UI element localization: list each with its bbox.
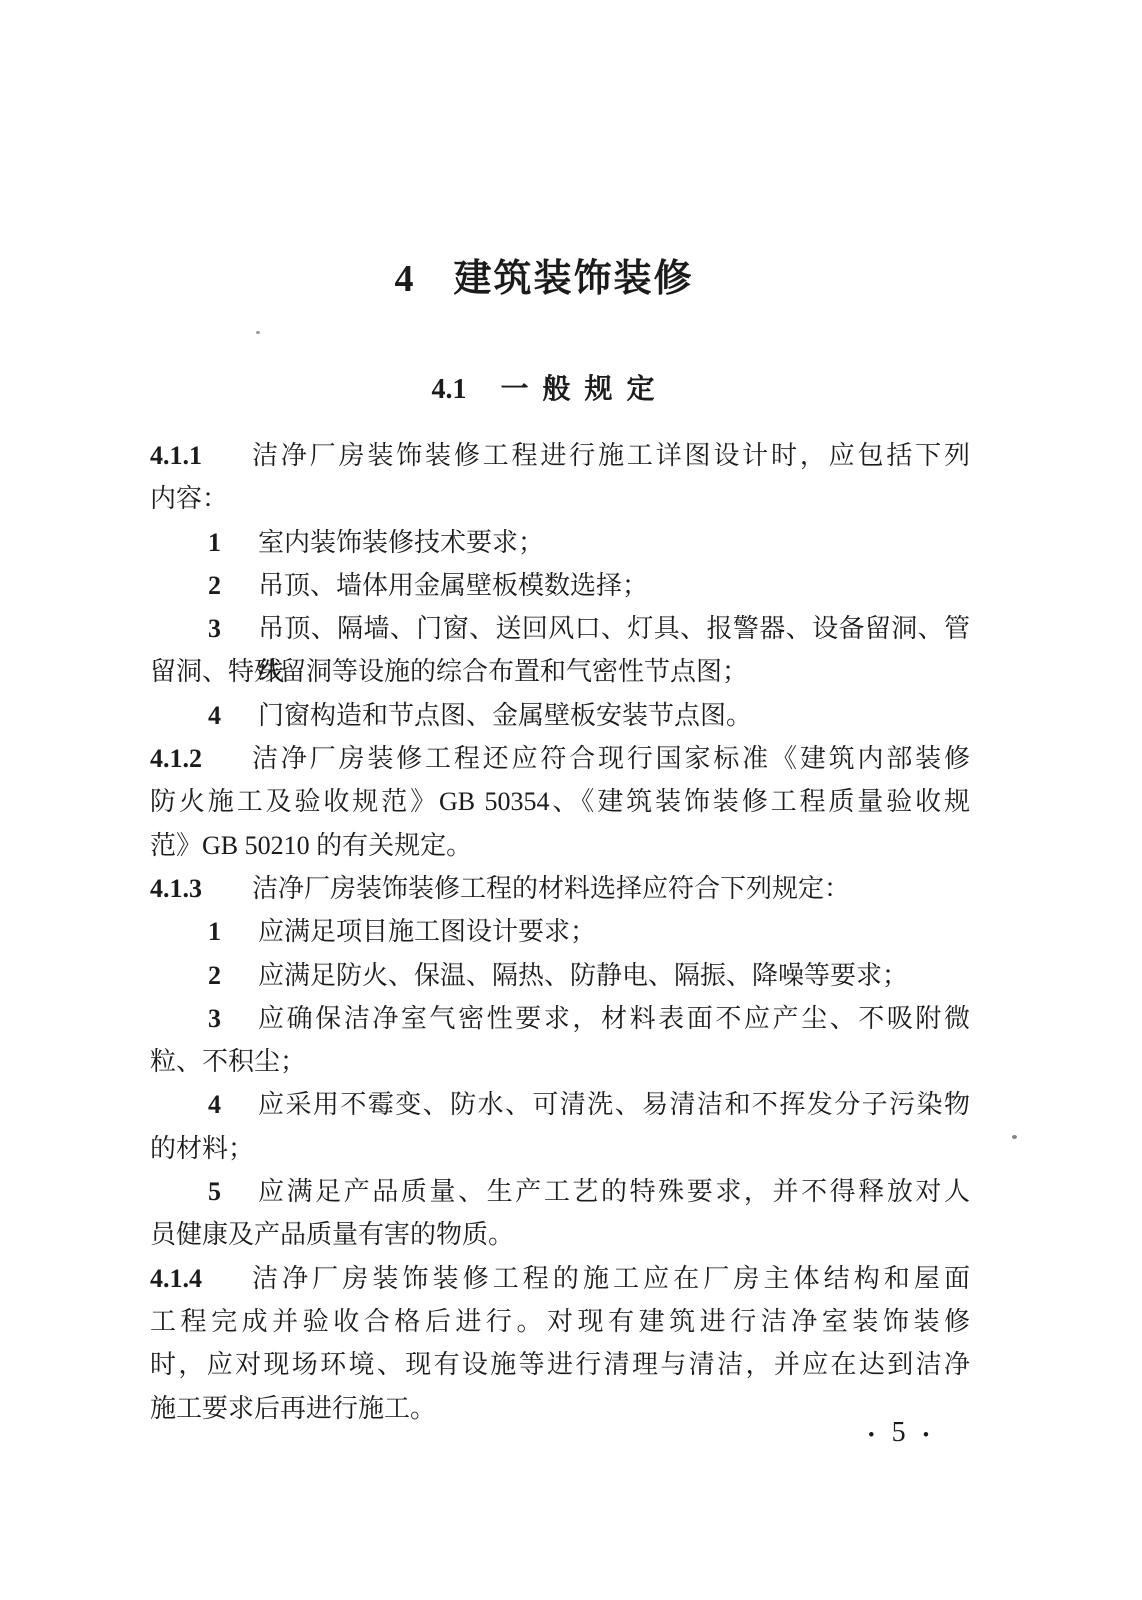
line-text: 洁净厂房装饰装修工程的材料选择应符合下列规定： [252, 867, 970, 910]
text-line: 4.1.1洁净厂房装饰装修工程进行施工详图设计时，应包括下列 [150, 434, 970, 477]
section-number: 4.1 [431, 374, 466, 405]
item-2: 2吊顶、墙体用金属壁板模数选择； [150, 564, 970, 607]
text-line: 施工要求后再进行施工。 [150, 1387, 970, 1430]
line-text: 洁净厂房装饰装修工程的施工应在厂房主体结构和屋面 [252, 1257, 970, 1300]
item-number: 4 [208, 694, 258, 737]
item-number: 1 [208, 521, 258, 564]
item-5: 5应满足产品质量、生产工艺的特殊要求，并不得释放对人员健康及产品质量有害的物质。 [150, 1170, 970, 1257]
item-number: 2 [208, 954, 258, 997]
line-text: 门窗构造和节点图、金属壁板安装节点图。 [258, 694, 970, 737]
line-text: 应满足防火、保温、隔热、防静电、隔振、降噪等要求； [258, 954, 970, 997]
item-1: 1应满足项目施工图设计要求； [150, 910, 970, 953]
text-line: 4.1.3洁净厂房装饰装修工程的材料选择应符合下列规定： [150, 867, 970, 910]
clause-4.1.3: 4.1.3洁净厂房装饰装修工程的材料选择应符合下列规定： [150, 867, 970, 910]
section-heading: 4.1一般规定 [0, 372, 1114, 408]
line-text: 洁净厂房装修工程还应符合现行国家标准《建筑内部装修 [252, 737, 970, 780]
text-line: 1室内装饰装修技术要求； [150, 521, 970, 564]
item-2: 2应满足防火、保温、隔热、防静电、隔振、降噪等要求； [150, 954, 970, 997]
text-line: 4应采用不霉变、防水、可清洗、易清洁和不挥发分子污染物 [150, 1083, 970, 1126]
clause-4.1.4: 4.1.4洁净厂房装饰装修工程的施工应在厂房主体结构和屋面工程完成并验收合格后进… [150, 1257, 970, 1430]
text-line: 4.1.4洁净厂房装饰装修工程的施工应在厂房主体结构和屋面 [150, 1257, 970, 1300]
chapter-title: 建筑装饰装修 [453, 258, 693, 300]
line-text: 施工要求后再进行施工。 [150, 1387, 970, 1430]
line-text: 应满足产品质量、生产工艺的特殊要求，并不得释放对人 [258, 1170, 970, 1213]
clause-number: 4.1.1 [150, 434, 252, 477]
item-3: 3应确保洁净室气密性要求，材料表面不应产尘、不吸附微粒、不积尘； [150, 997, 970, 1084]
text-line: 范》GB 50210 的有关规定。 [150, 824, 970, 867]
text-line: 3应确保洁净室气密性要求，材料表面不应产尘、不吸附微 [150, 997, 970, 1040]
line-text: 防火施工及验收规范》GB 50354、《建筑装饰装修工程质量验收规 [150, 780, 970, 823]
line-text: 的材料； [150, 1127, 970, 1170]
text-line: 留洞、特殊留洞等设施的综合布置和气密性节点图； [150, 650, 970, 693]
line-text: 范》GB 50210 的有关规定。 [150, 824, 970, 867]
item-number: 3 [208, 607, 258, 650]
chapter-number: 4 [394, 258, 413, 300]
line-text: 内容： [150, 477, 970, 520]
page-number: • 5 • [868, 1416, 929, 1450]
clause-4.1.2: 4.1.2洁净厂房装修工程还应符合现行国家标准《建筑内部装修防火施工及验收规范》… [150, 737, 970, 867]
chapter-heading: 4建筑装饰装修 [0, 254, 1115, 304]
item-3: 3吊顶、隔墙、门窗、送回风口、灯具、报警器、设备留洞、管线留洞、特殊留洞等设施的… [150, 607, 970, 694]
line-text: 洁净厂房装饰装修工程进行施工详图设计时，应包括下列 [252, 434, 970, 477]
line-text: 粒、不积尘； [150, 1040, 970, 1083]
item-number: 3 [208, 997, 258, 1040]
item-4: 4门窗构造和节点图、金属壁板安装节点图。 [150, 694, 970, 737]
text-line: 5应满足产品质量、生产工艺的特殊要求，并不得释放对人 [150, 1170, 970, 1213]
section-title: 一般规定 [500, 374, 668, 405]
item-number: 5 [208, 1170, 258, 1213]
line-text: 员健康及产品质量有害的物质。 [150, 1213, 970, 1256]
clause-number: 4.1.4 [150, 1257, 252, 1300]
line-text: 吊顶、隔墙、门窗、送回风口、灯具、报警器、设备留洞、管线 [258, 607, 970, 650]
scan-speck [256, 331, 260, 334]
page-number-dot-right: • [923, 1426, 930, 1445]
line-text: 时，应对现场环境、现有设施等进行清理与清洁，并应在达到洁净 [150, 1343, 970, 1386]
text-line: 3吊顶、隔墙、门窗、送回风口、灯具、报警器、设备留洞、管线 [150, 607, 970, 650]
line-text: 应确保洁净室气密性要求，材料表面不应产尘、不吸附微 [258, 997, 970, 1040]
line-text: 应满足项目施工图设计要求； [258, 910, 970, 953]
scan-speck [1012, 1135, 1017, 1139]
line-text: 留洞、特殊留洞等设施的综合布置和气密性节点图； [150, 650, 970, 693]
item-number: 1 [208, 910, 258, 953]
document-page: 4建筑装饰装修 4.1一般规定 4.1.1洁净厂房装饰装修工程进行施工详图设计时… [0, 0, 1142, 1600]
text-line: 员健康及产品质量有害的物质。 [150, 1213, 970, 1256]
text-line: 防火施工及验收规范》GB 50354、《建筑装饰装修工程质量验收规 [150, 780, 970, 823]
item-number: 4 [208, 1083, 258, 1126]
item-4: 4应采用不霉变、防水、可清洗、易清洁和不挥发分子污染物的材料； [150, 1083, 970, 1170]
item-1: 1室内装饰装修技术要求； [150, 521, 970, 564]
line-text: 工程完成并验收合格后进行。对现有建筑进行洁净室装饰装修 [150, 1300, 970, 1343]
text-line: 2应满足防火、保温、隔热、防静电、隔振、降噪等要求； [150, 954, 970, 997]
document-body: 4.1.1洁净厂房装饰装修工程进行施工详图设计时，应包括下列内容：1室内装饰装修… [150, 434, 970, 1430]
text-line: 4门窗构造和节点图、金属壁板安装节点图。 [150, 694, 970, 737]
page-number-dot-left: • [868, 1426, 875, 1445]
page-number-value: 5 [892, 1417, 906, 1449]
clause-4.1.1: 4.1.1洁净厂房装饰装修工程进行施工详图设计时，应包括下列内容： [150, 434, 970, 521]
text-line: 粒、不积尘； [150, 1040, 970, 1083]
text-line: 1应满足项目施工图设计要求； [150, 910, 970, 953]
line-text: 室内装饰装修技术要求； [258, 521, 970, 564]
text-line: 4.1.2洁净厂房装修工程还应符合现行国家标准《建筑内部装修 [150, 737, 970, 780]
line-text: 应采用不霉变、防水、可清洗、易清洁和不挥发分子污染物 [258, 1083, 970, 1126]
line-text: 吊顶、墙体用金属壁板模数选择； [258, 564, 970, 607]
text-line: 内容： [150, 477, 970, 520]
text-line: 时，应对现场环境、现有设施等进行清理与清洁，并应在达到洁净 [150, 1343, 970, 1386]
text-line: 2吊顶、墙体用金属壁板模数选择； [150, 564, 970, 607]
item-number: 2 [208, 564, 258, 607]
text-line: 工程完成并验收合格后进行。对现有建筑进行洁净室装饰装修 [150, 1300, 970, 1343]
text-line: 的材料； [150, 1127, 970, 1170]
clause-number: 4.1.3 [150, 867, 252, 910]
clause-number: 4.1.2 [150, 737, 252, 780]
